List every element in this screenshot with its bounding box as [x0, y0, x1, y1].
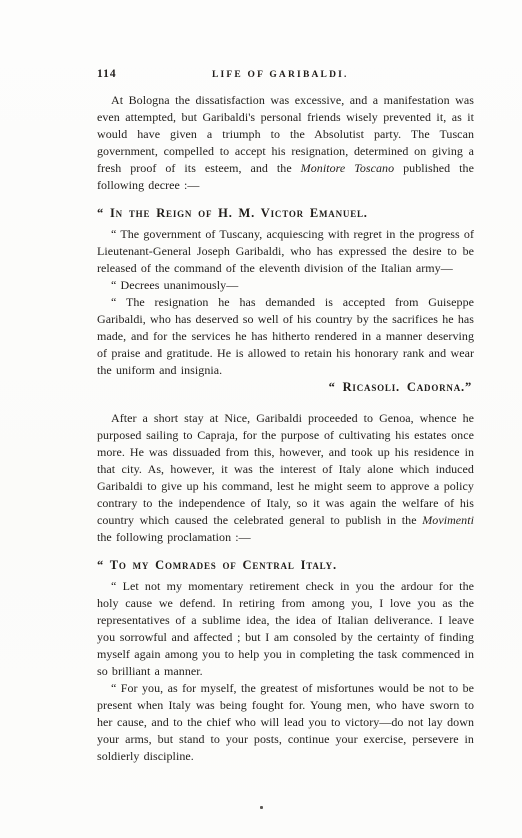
paragraph: “ The government of Tuscany, acquiescing… — [97, 226, 474, 277]
page-number: 114 — [97, 68, 117, 80]
paragraph: At Bologna the dissatisfaction was exces… — [97, 92, 474, 194]
running-head: LIFE OF GARIBALDI. — [117, 70, 474, 80]
page-header: 114 LIFE OF GARIBALDI. — [97, 68, 474, 83]
printer-mark — [260, 806, 263, 809]
paragraph: “ The resignation he has demanded is acc… — [97, 294, 474, 379]
section-heading: “ In the Reign of H. M. Victor Emanuel. — [97, 205, 474, 222]
paragraph-text: the following proclamation :— — [97, 530, 251, 544]
paragraph: “ For you, as for myself, the greatest o… — [97, 680, 474, 765]
paragraph: “ Let not my momentary retirement check … — [97, 578, 474, 680]
paragraph: “ Decrees unanimously— — [97, 277, 474, 294]
paragraph-text: After a short stay at Nice, Garibaldi pr… — [97, 411, 474, 527]
section-heading: “ To my Comrades of Central Italy. — [97, 557, 474, 574]
paragraph: After a short stay at Nice, Garibaldi pr… — [97, 410, 474, 546]
signature-line: “ Ricasoli. Cadorna.” — [97, 379, 474, 396]
italic-journal-title: Movimenti — [422, 513, 474, 527]
italic-journal-title: Monitore Toscano — [301, 161, 394, 175]
text-block: 114 LIFE OF GARIBALDI. At Bologna the di… — [97, 68, 474, 765]
book-page: 114 LIFE OF GARIBALDI. At Bologna the di… — [0, 0, 522, 838]
